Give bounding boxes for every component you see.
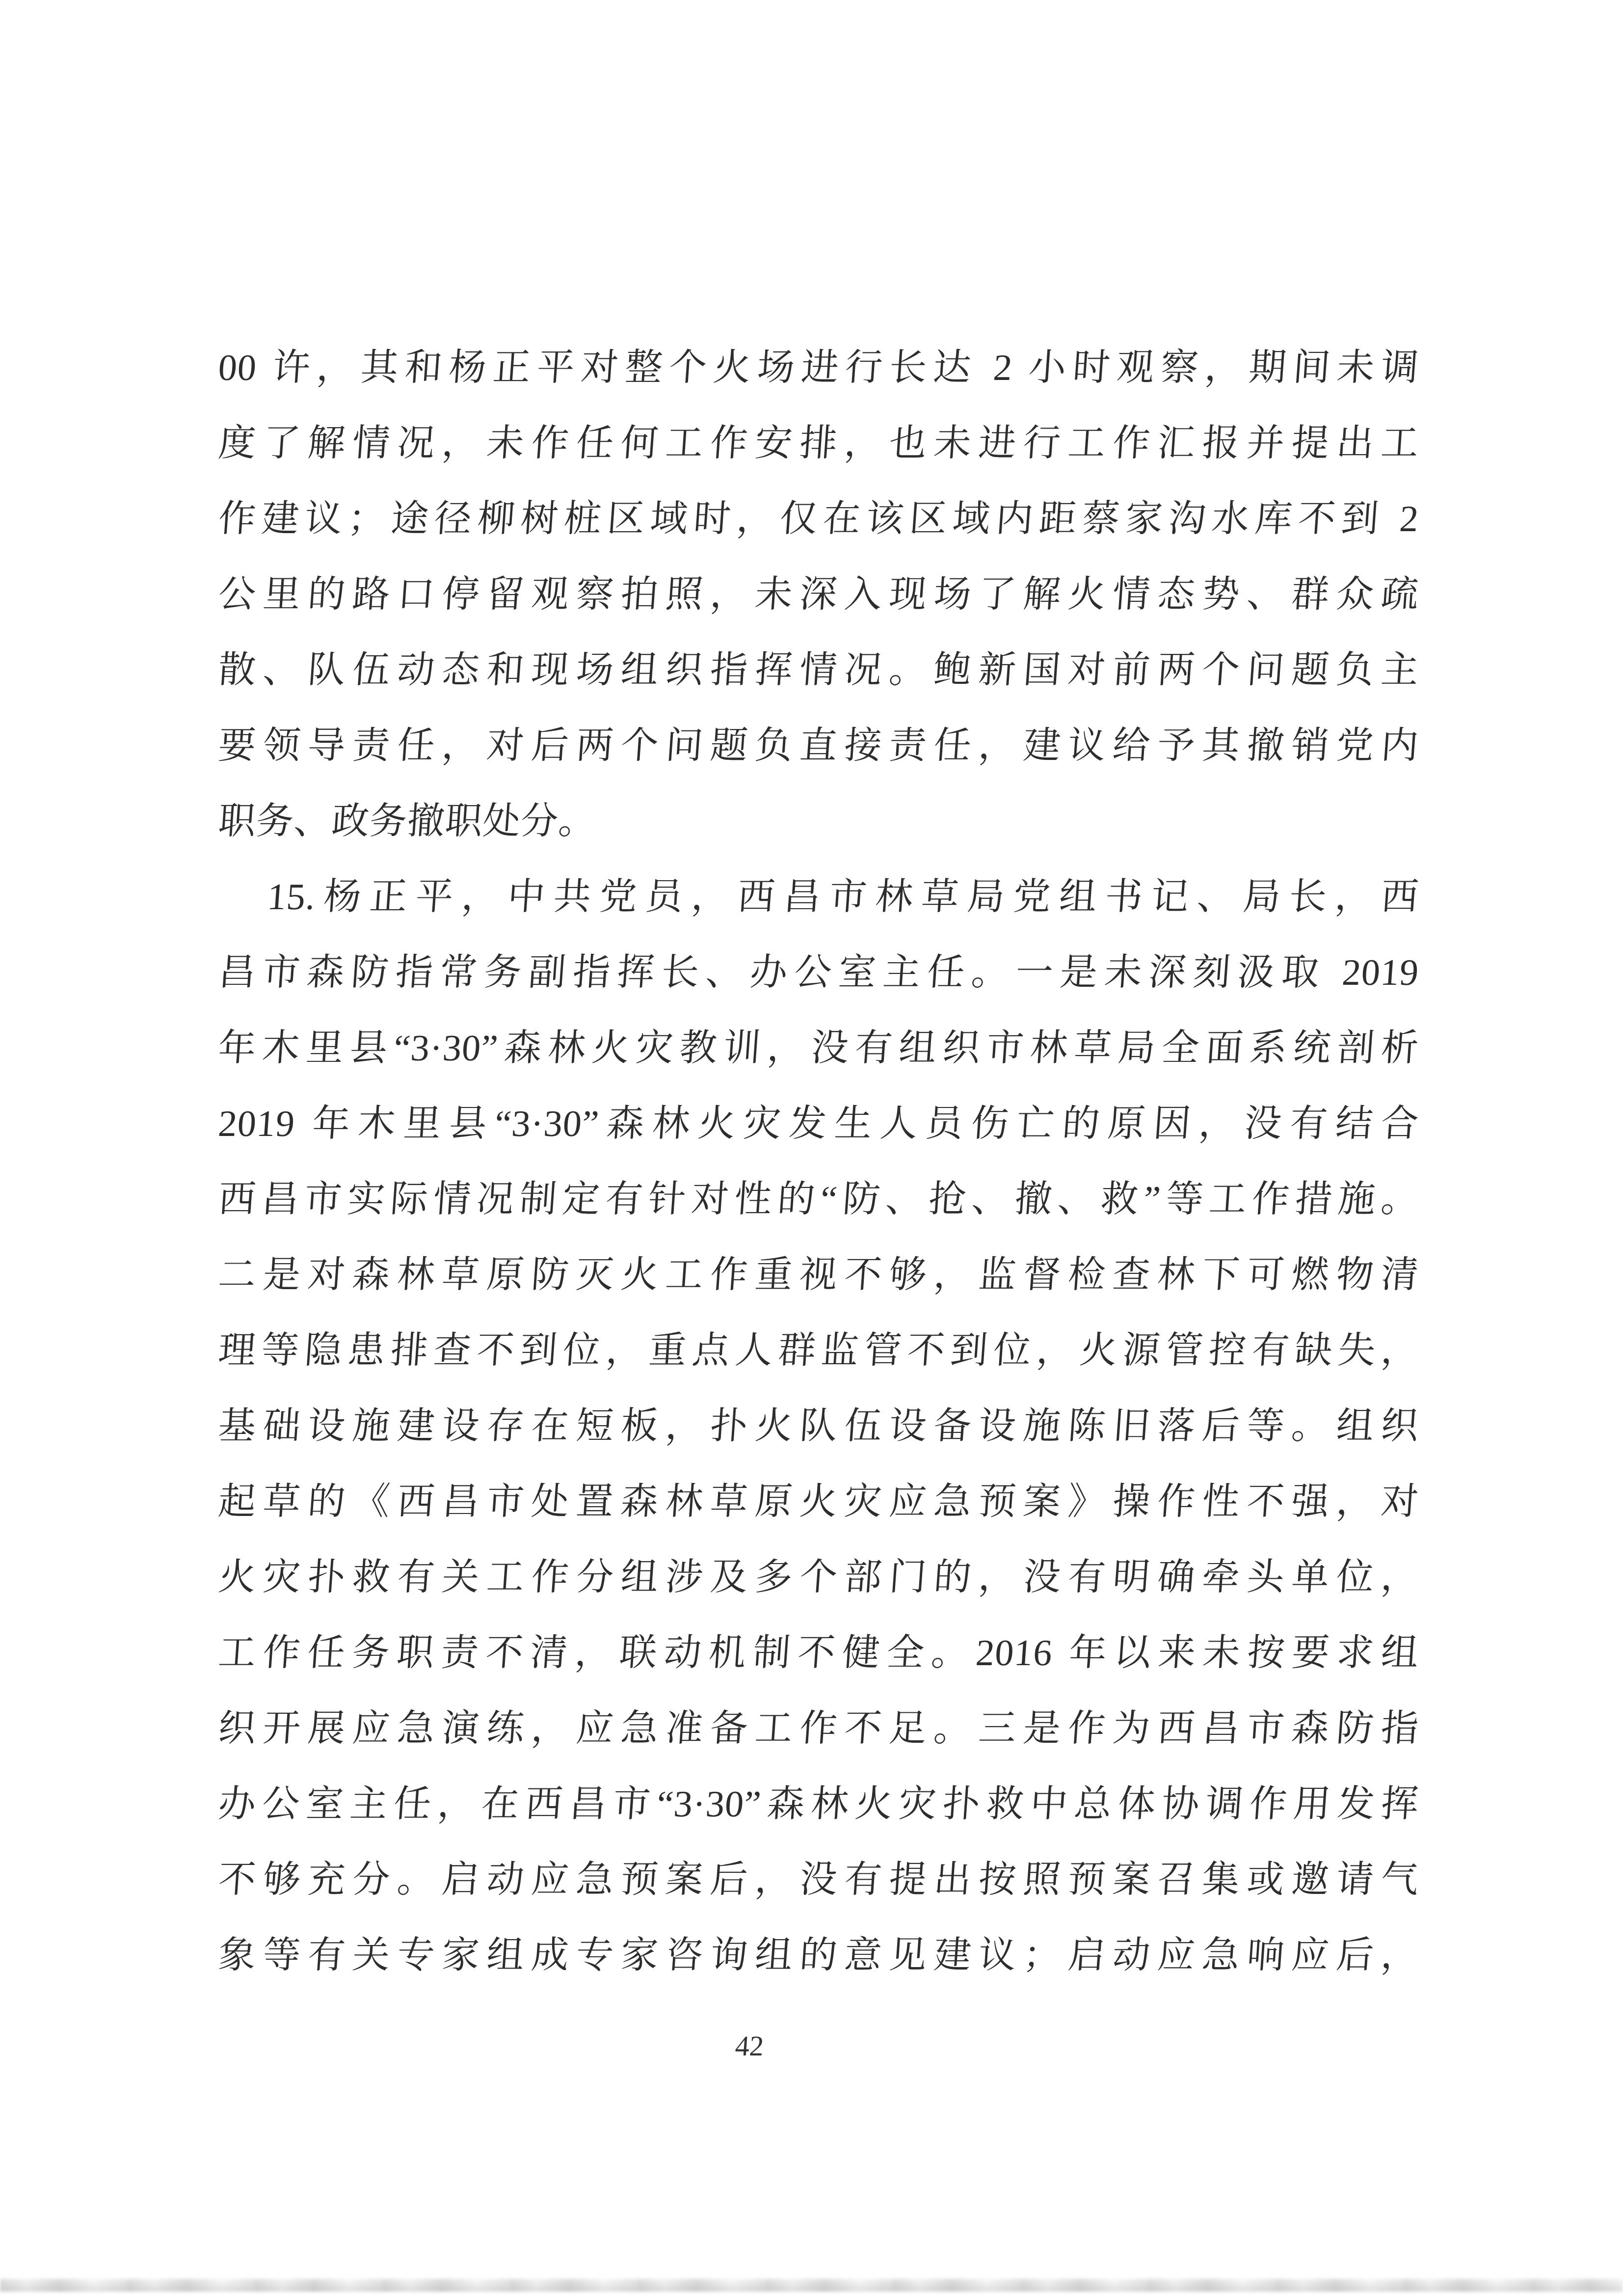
text-line: 公里的路口停留观察拍照，未深入现场了解火情态势、群众疏 [216, 557, 1422, 632]
text-line: 不够充分。启动应急预案后，没有提出按照预案召集或邀请气 [216, 1842, 1422, 1918]
page-number: 42 [716, 2026, 783, 2066]
text-line: 基础设施建设存在短板，扑火队伍设备设施陈旧落后等。组织 [216, 1388, 1422, 1464]
text-line: 15.杨正平，中共党员，西昌市林草局党组书记、局长，西 [216, 859, 1422, 935]
text-line: 工作任务职责不清，联动机制不健全。2016 年以来未按要求组 [216, 1615, 1422, 1691]
text-line: 办公室主任，在西昌市“3·30”森林火灾扑救中总体协调作用发挥 [216, 1766, 1422, 1842]
text-line: 要领导责任，对后两个问题负直接责任，建议给予其撤销党内 [216, 708, 1422, 783]
text-line: 散、队伍动态和现场组织指挥情况。鲍新国对前两个问题负主 [216, 632, 1422, 708]
text-line: 火灾扑救有关工作分组涉及多个部门的，没有明确牵头单位， [216, 1540, 1422, 1615]
text-line: 作建议；途径柳树桩区域时，仅在该区域内距蔡家沟水库不到 2 [216, 481, 1422, 557]
scan-artifact-band [0, 2279, 1623, 2292]
text-line: 度了解情况，未作任何工作安排，也未进行工作汇报并提出工 [216, 405, 1422, 481]
text-line: 职务、政务撤职处分。 [216, 783, 1422, 859]
text-line: 二是对森林草原防灭火工作重视不够，监督检查林下可燃物清 [216, 1237, 1422, 1313]
text-line: 理等隐患排查不到位，重点人群监管不到位，火源管控有缺失， [216, 1313, 1422, 1388]
text-line: 象等有关专家组成专家咨询组的意见建议；启动应急响应后， [216, 1918, 1422, 1993]
text-line: 年木里县“3·30”森林火灾教训，没有组织市林草局全面系统剖析 [216, 1010, 1422, 1086]
body-text: 00 许，其和杨正平对整个火场进行长达 2 小时观察，期间未调度了解情况，未作任… [218, 330, 1419, 1993]
text-line: 起草的《西昌市处置森林草原火灾应急预案》操作性不强，对 [216, 1464, 1422, 1540]
text-line: 织开展应急演练，应急准备工作不足。三是作为西昌市森防指 [216, 1691, 1422, 1766]
text-line: 昌市森防指常务副指挥长、办公室主任。一是未深刻汲取 2019 [216, 935, 1422, 1010]
text-line: 00 许，其和杨正平对整个火场进行长达 2 小时观察，期间未调 [216, 330, 1422, 405]
text-line: 2019 年木里县“3·30”森林火灾发生人员伤亡的原因，没有结合 [216, 1086, 1422, 1162]
document-page: 00 许，其和杨正平对整个火场进行长达 2 小时观察，期间未调度了解情况，未作任… [0, 0, 1623, 2296]
text-line: 西昌市实际情况制定有针对性的“防、抢、撤、救”等工作措施。 [216, 1162, 1422, 1237]
